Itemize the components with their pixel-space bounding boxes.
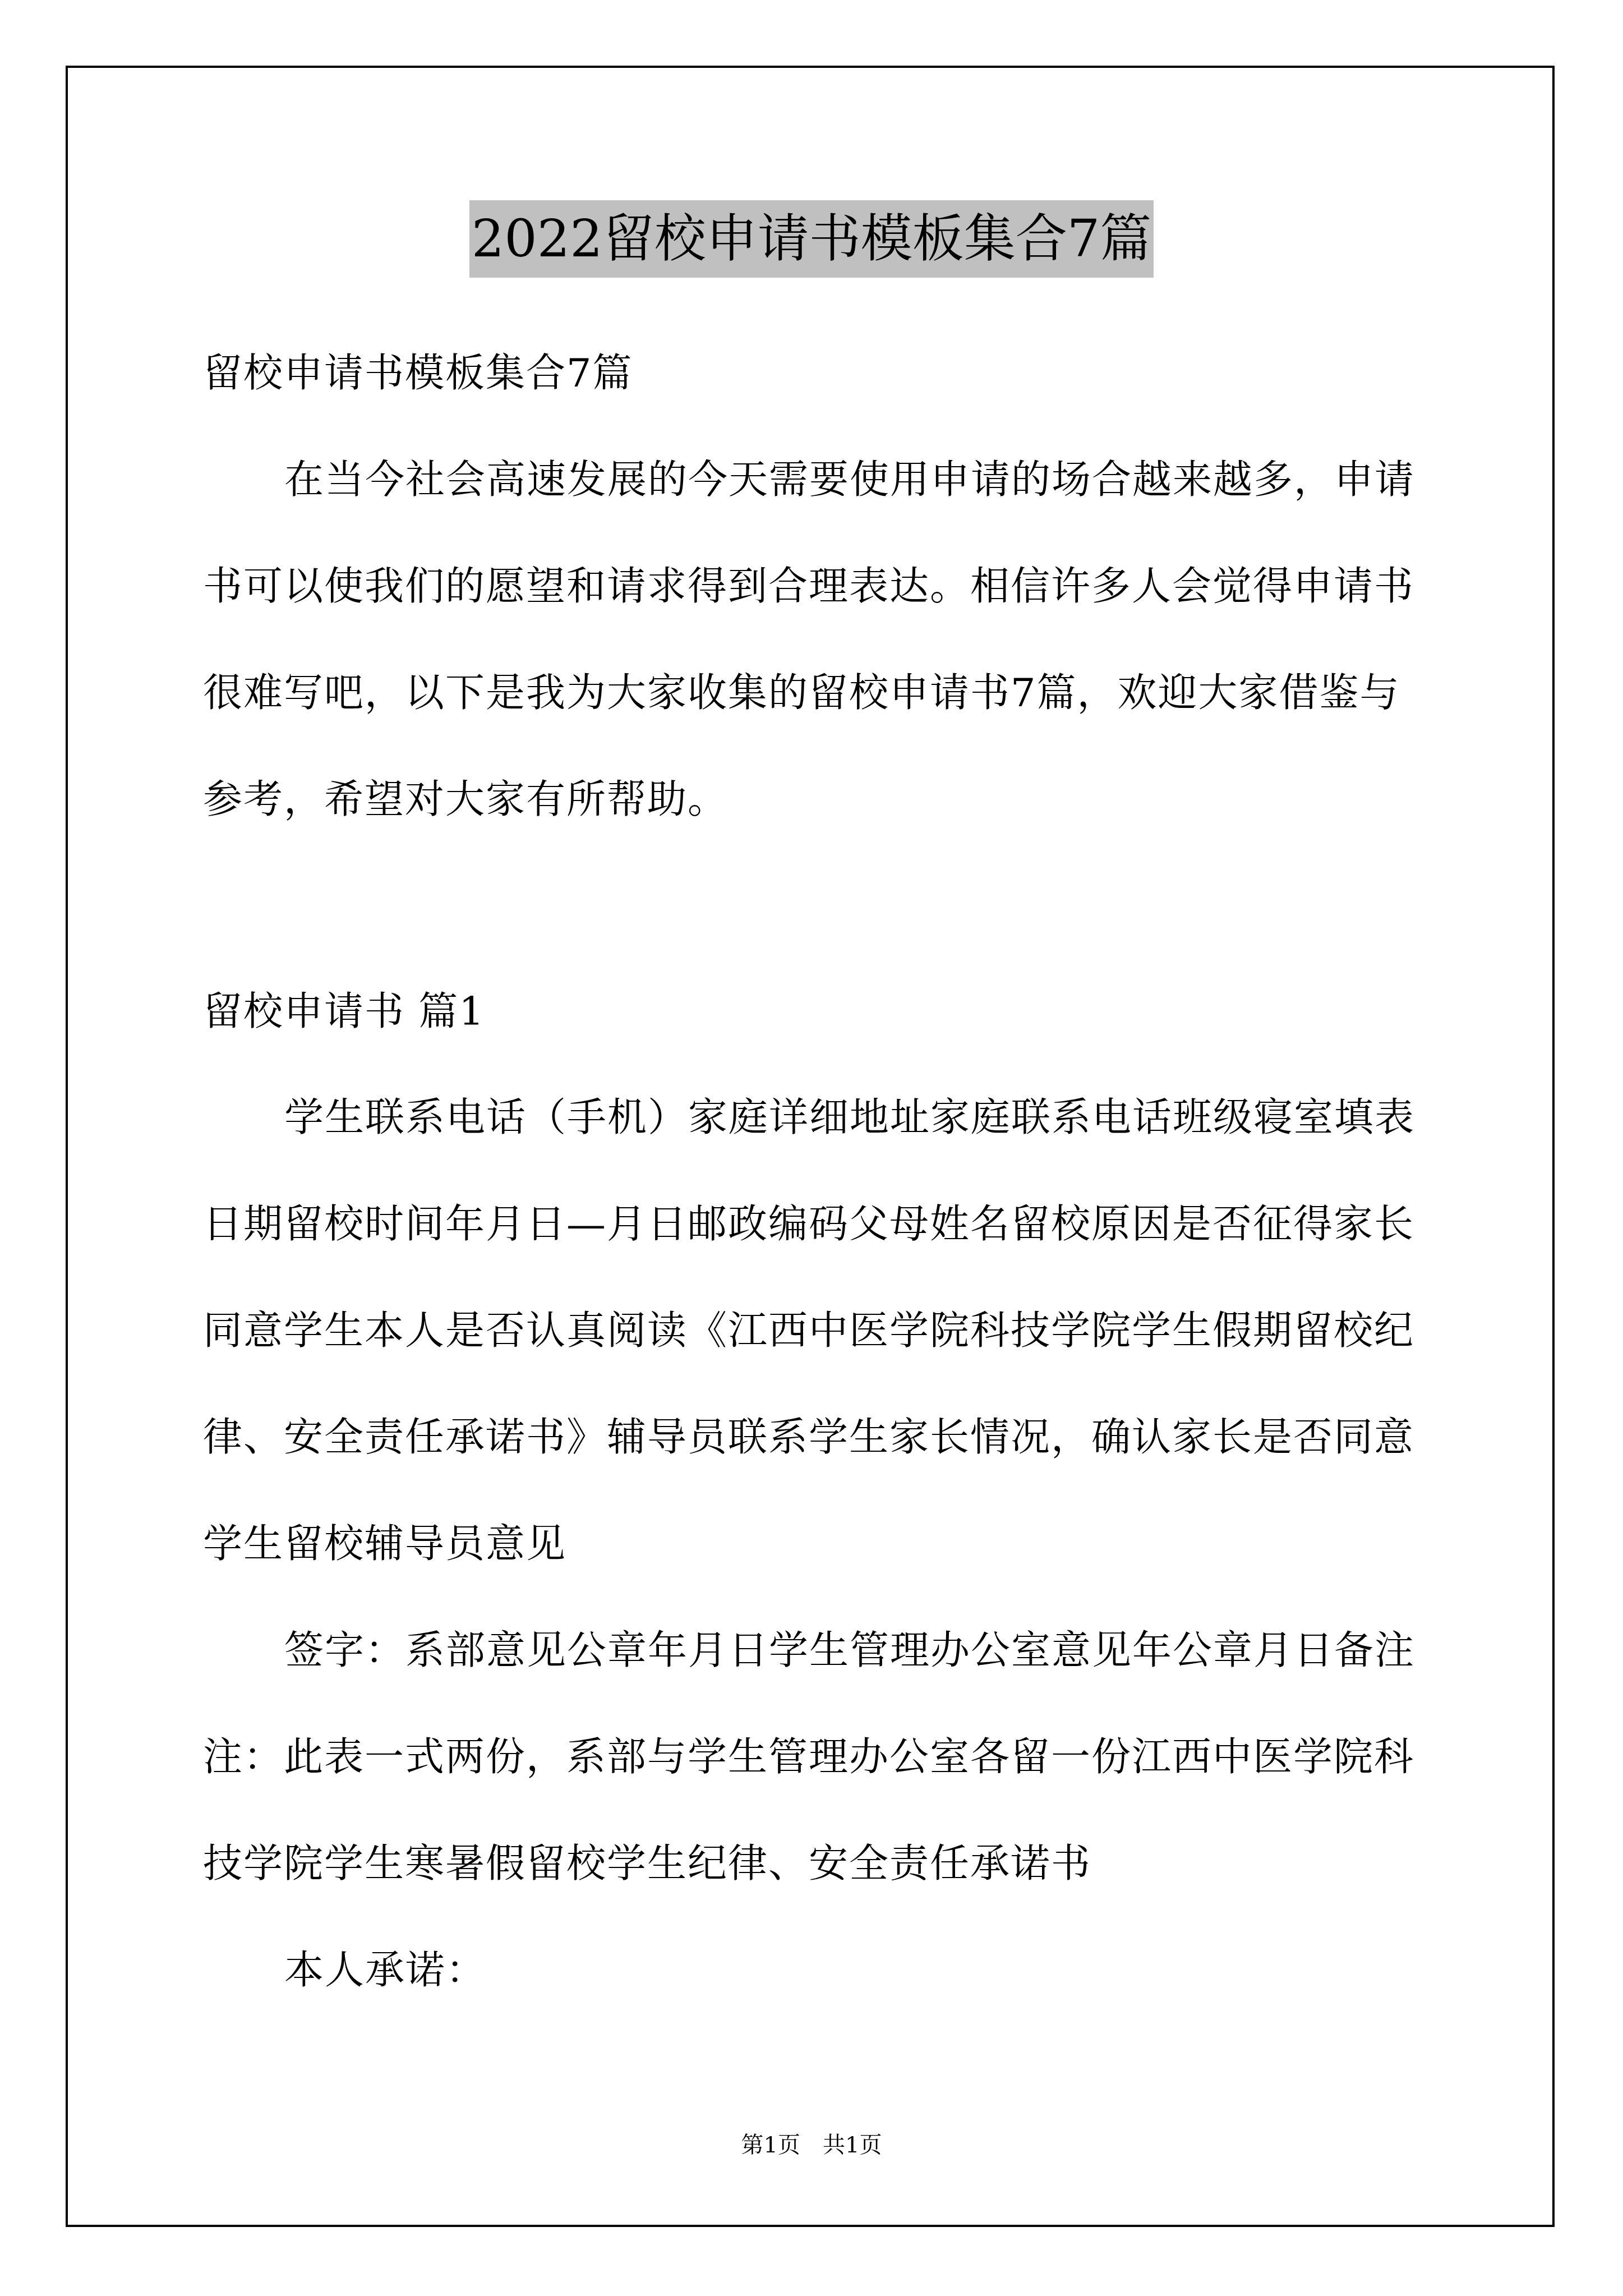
section-line-5: 学生留校辅导员意见 [203, 1521, 1426, 1566]
section-line-9: 本人承诺： [203, 1948, 1507, 1993]
section-line-6: 签字：系部意见公章年月日学生管理办公室意见年公章月日备注 [203, 1628, 1507, 1673]
section-line-3: 同意学生本人是否认真阅读《江西中医学院科技学院学生假期留校纪 [203, 1308, 1426, 1353]
intro-line-4: 参考，希望对大家有所帮助。 [203, 777, 1426, 822]
intro-line-2: 书可以使我们的愿望和请求得到合理表达。相信许多人会觉得申请书 [203, 564, 1426, 609]
section-line-8: 技学院学生寒暑假留校学生纪律、安全责任承诺书 [203, 1841, 1426, 1886]
section-line-4: 律、安全责任承诺书》辅导员联系学生家长情况，确认家长是否同意 [203, 1415, 1426, 1460]
page-number-footer: 第1页 共1页 [0, 2132, 1623, 2159]
title-container: 2022留校申请书模板集合7篇 [0, 200, 1623, 278]
document-subtitle: 留校申请书模板集合7篇 [203, 351, 1426, 395]
section-line-1: 学生联系电话（手机）家庭详细地址家庭联系电话班级寝室填表 [203, 1095, 1507, 1140]
section-heading: 留校申请书 篇1 [203, 989, 1426, 1034]
intro-line-3: 很难写吧，以下是我为大家收集的留校申请书7篇，欢迎大家借鉴与 [203, 670, 1426, 715]
section-line-2: 日期留校时间年月日—月日邮政编码父母姓名留校原因是否征得家长 [203, 1202, 1426, 1246]
section-line-7: 注：此表一式两份，系部与学生管理办公室各留一份江西中医学院科 [203, 1734, 1426, 1779]
intro-line-1: 在当今社会高速发展的今天需要使用申请的场合越来越多，申请 [203, 457, 1507, 502]
document-title: 2022留校申请书模板集合7篇 [469, 200, 1154, 278]
